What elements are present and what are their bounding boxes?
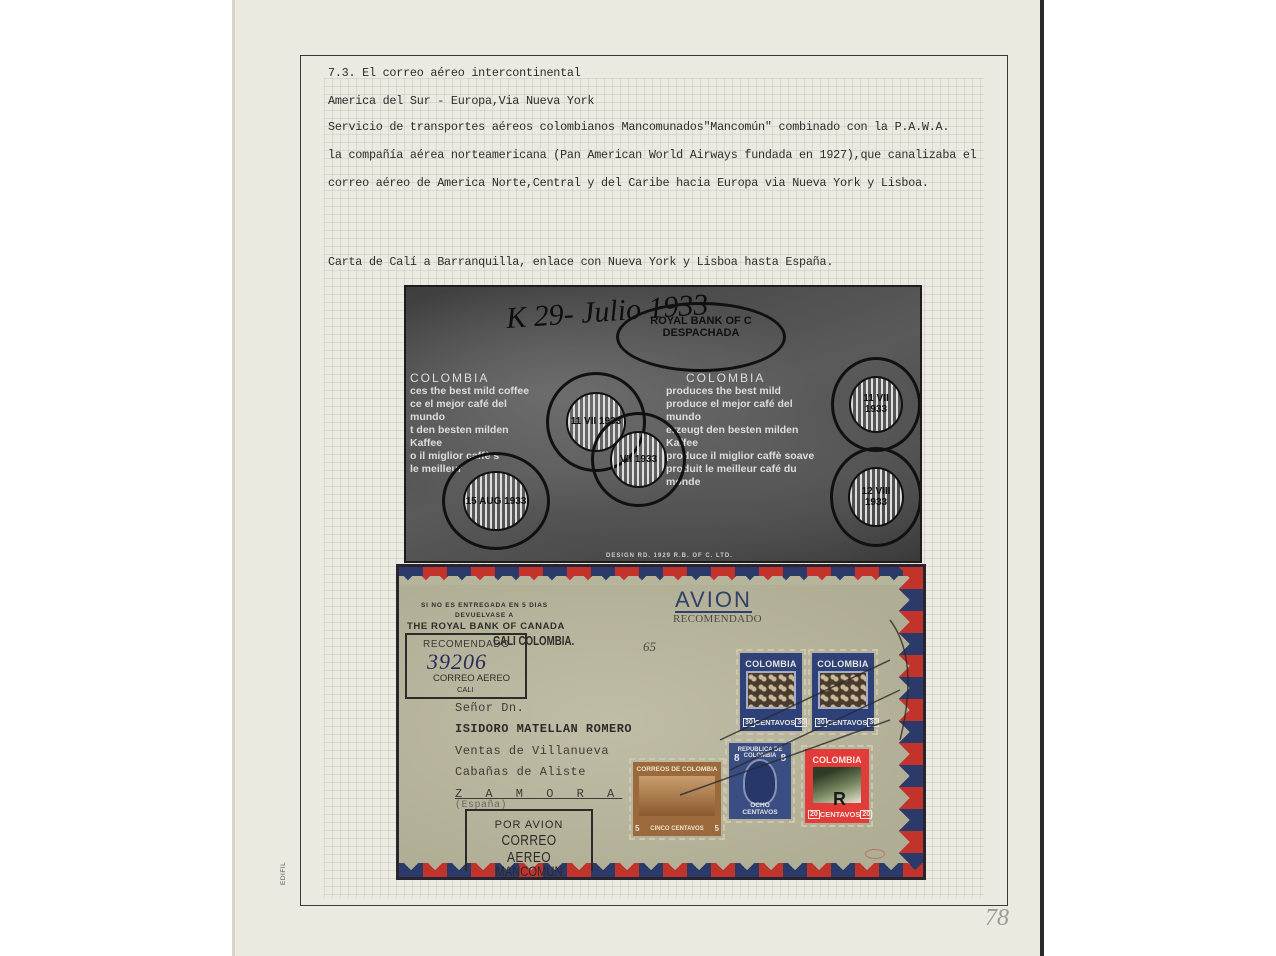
coffee-vignette [746, 671, 796, 709]
sender-city: CALI COLOMBIA. [493, 633, 574, 648]
route-subtitle: America del Sur - Europa,Via Nueva York [328, 94, 594, 108]
address-street: Ventas de Villanueva [455, 744, 609, 758]
page-edge-left [232, 0, 235, 956]
coffee-ad-center: COLOMBIA produces the best mild produce … [666, 372, 826, 489]
postmark-air-mail-registered: VII 1933 [591, 412, 686, 507]
avion-label: AVION [675, 589, 752, 613]
r-overprint: R [833, 789, 846, 810]
section-title: 7.3. El correo aéreo intercontinental [328, 66, 581, 80]
oval-mark [865, 849, 885, 859]
registration-number: 39206 [427, 649, 487, 675]
return-notice: SI NO ES ENTREGADA EN 5 DIAS DEVUELVASE … [421, 601, 548, 621]
address-town: Cabañas de Aliste [455, 765, 586, 779]
address-recipient: ISIDORO MATELLAN ROMERO [455, 722, 632, 736]
address-salutation: Señor Dn. [455, 701, 524, 715]
description-line-2: la compañía aérea norteamericana (Pan Am… [328, 148, 977, 162]
bank-despachada-cachet: ROYAL BANK OF C DESPACHADA [616, 302, 786, 372]
pencil-note: 65 [643, 639, 656, 655]
postmark-new-york-foreign: 15 AUG 1933 [442, 452, 550, 550]
recomendado-label: RECOMENDADO [673, 613, 762, 625]
envelope-back-footer: DESIGN RD. 1929 R.B. OF C. LTD. [606, 553, 733, 559]
stamp-8-centavos: REPUBLICA DE COLOMBIA 8 8 OCHO CENTAVOS [725, 739, 795, 823]
page-number: 78 [985, 905, 1009, 932]
cover-caption: Carta de Calí a Barranquilla, enlace con… [328, 255, 833, 269]
stamp-5-centavos: CORREOS DE COLOMBIA 5CINCO CENTAVOS5 [629, 758, 725, 840]
page-edge-right [1040, 0, 1044, 956]
coffee-vignette [818, 671, 868, 709]
palm-tree-vignette [639, 776, 715, 816]
envelope-front: SI NO ES ENTREGADA EN 5 DIAS DEVUELVASE … [396, 564, 926, 880]
postmark-servicio-transportes-2: 11 VII 1933 [831, 357, 921, 452]
description-line-1: Servicio de transportes aéreos colombian… [328, 120, 949, 134]
album-brand: EDIFIL [280, 862, 287, 885]
envelope-back-image: K 29- Julio 1933 ROYAL BANK OF C DESPACH… [404, 285, 922, 563]
sender-bank-name: THE ROYAL BANK OF CANADA [407, 621, 565, 632]
address-city: Z A M O R A [455, 787, 622, 801]
airmail-border-right [897, 567, 923, 877]
stamp-30-centavos-1: COLOMBIA 30CENTAVOS30 [736, 649, 806, 735]
por-avion-cachet: POR AVION CORREO AEREO MANCOMUN [465, 809, 593, 871]
postmark-barranquilla: 12 VIII 1933 [830, 447, 922, 547]
airmail-border-top [399, 567, 923, 585]
stamp-30-centavos-2: COLOMBIA 30CENTAVOS30 [808, 649, 878, 735]
stamp-20-centavos: COLOMBIA R 20CENTAVOS20 [801, 745, 873, 827]
description-line-3: correo aéreo de America Norte,Central y … [328, 176, 929, 190]
coat-of-arms-vignette [743, 759, 777, 805]
